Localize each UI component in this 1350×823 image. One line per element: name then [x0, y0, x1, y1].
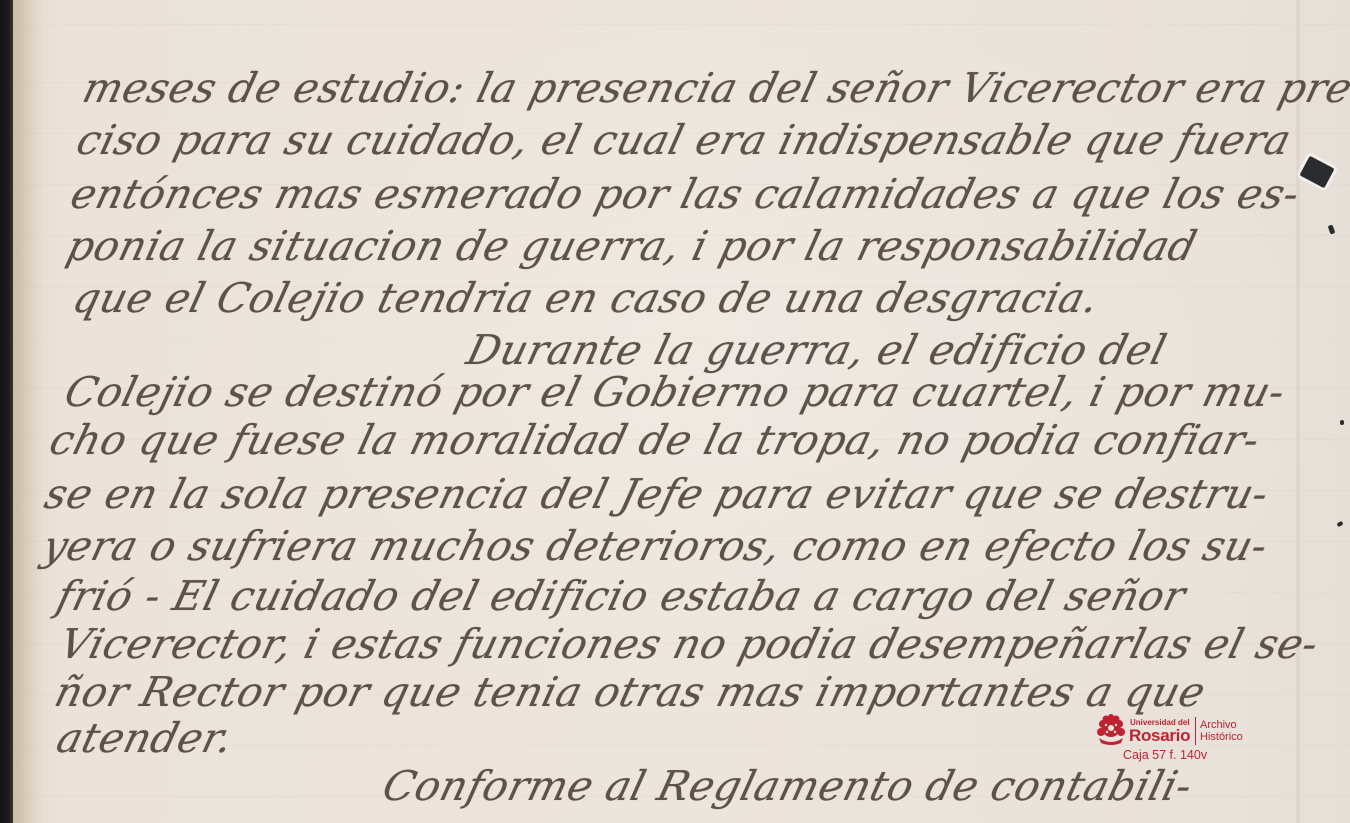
handwritten-text: meses de estudio: la presencia del señor…	[0, 0, 1350, 823]
handwritten-line: Vicerector, i estas funciones no podia d…	[55, 620, 1324, 668]
handwritten-line: se en la sola presencia del Jefe para ev…	[40, 470, 1274, 518]
archive-watermark: Universidad del Rosario Archivo Históric…	[1090, 710, 1260, 770]
folio-reference: Caja 57 f. 140v	[1123, 748, 1207, 762]
handwritten-line: Conforme al Reglamento de contabili-	[378, 762, 1197, 810]
handwritten-line: yera o sufriera muchos deterioros, como …	[38, 522, 1273, 570]
handwritten-line: ciso para su cuidado, el cual era indisp…	[72, 116, 1296, 164]
handwritten-line: que el Colejio tendria en caso de una de…	[68, 274, 1104, 322]
handwritten-line: atender.	[52, 714, 238, 762]
handwritten-line: entónces mas esmerado por las calamidade…	[66, 170, 1305, 218]
archive-name: Archivo Histórico	[1200, 719, 1243, 743]
handwritten-line: ponia la situacion de guerra, i por la r…	[62, 222, 1202, 270]
rosario-crest-icon	[1094, 714, 1128, 746]
handwritten-line: Durante la guerra, el edificio del	[462, 326, 1171, 374]
handwritten-line: frió - El cuidado del edificio estaba a …	[52, 572, 1191, 620]
institution-name: Rosario	[1129, 726, 1190, 746]
archive-name-line2: Histórico	[1200, 731, 1243, 743]
stamp-divider	[1195, 717, 1196, 745]
handwritten-line: ñor Rector por que tenia otras mas impor…	[50, 668, 1211, 716]
manuscript-scan: meses de estudio: la presencia del señor…	[0, 0, 1350, 823]
handwritten-line: Colejio se destinó por el Gobierno para …	[60, 368, 1290, 416]
handwritten-line: meses de estudio: la presencia del señor…	[78, 64, 1350, 112]
handwritten-line: cho que fuese la moralidad de la tropa, …	[45, 416, 1265, 464]
archive-name-line1: Archivo	[1200, 719, 1243, 731]
